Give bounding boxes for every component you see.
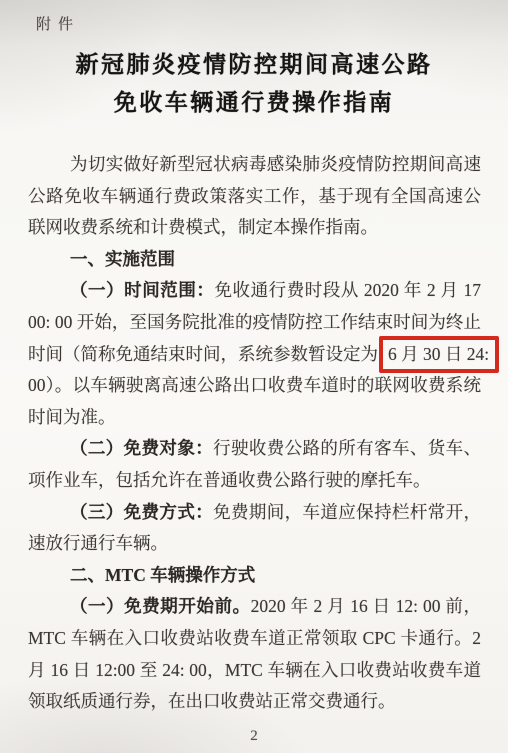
text-segment: 为切实做好新型冠状病毒感染肺炎疫情防控期间高速: [70, 154, 481, 174]
document-line: （一）时间范围：免收通行费时段从 2020 年 2 月 17 日: [28, 275, 481, 307]
text-segment: 00）。以车辆驶离高速公路出口收费车道时的联网收费系统: [28, 375, 481, 395]
document-line: 00）。以车辆驶离高速公路出口收费车道时的联网收费系统: [28, 370, 481, 402]
title-line-2: 免收车辆通行费操作指南: [0, 84, 508, 122]
document-line: （一）免费期开始前。2020 年 2 月 16 日 12: 00 前，: [28, 591, 481, 623]
text-segment: 公路免收车辆通行费政策落实工作，基于现有全国高速公路: [28, 186, 481, 213]
text-segment: 速放行通行车辆。: [28, 533, 168, 553]
text-segment: 2020 年 2 月 16 日 12: 00 前，: [251, 596, 481, 616]
text-segment: 月 16 日 12:00 至 24: 00，MTC 车辆在入口收费站收费车道: [28, 660, 481, 680]
text-segment: MTC 车辆在入口收费站收费车道正常领取 CPC 卡通行。2: [28, 628, 481, 648]
text-segment: （一）时间范围：: [70, 280, 214, 300]
page-number: 2: [0, 728, 508, 745]
highlight-box: 6 月 30 日 24:: [379, 336, 499, 373]
title-line-1: 新冠肺炎疫情防控期间高速公路: [0, 46, 508, 84]
document-line: 公路免收车辆通行费政策落实工作，基于现有全国高速公路: [28, 181, 481, 213]
text-segment: 时间（简称免通结束时间，系统参数暂设定为: [28, 344, 378, 364]
document-line: 为切实做好新型冠状病毒感染肺炎疫情防控期间高速: [28, 149, 481, 181]
document-line: （二）免费对象：行驶收费公路的所有客车、货车、专: [28, 433, 481, 465]
attachment-label: 附件: [36, 13, 80, 34]
text-segment: 00: 00 开始，至国务院批准的疫情防控工作结束时间为终止: [28, 312, 481, 332]
document-title: 新冠肺炎疫情防控期间高速公路 免收车辆通行费操作指南: [0, 46, 508, 122]
document-line: 00: 00 开始，至国务院批准的疫情防控工作结束时间为终止: [28, 307, 481, 339]
body-content: 为切实做好新型冠状病毒感染肺炎疫情防控期间高速公路免收车辆通行费政策落实工作，基…: [28, 149, 481, 718]
document-page: 附件 新冠肺炎疫情防控期间高速公路 免收车辆通行费操作指南 为切实做好新型冠状病…: [0, 0, 508, 753]
document-line: 一、实施范围: [28, 244, 481, 276]
text-segment: 联网收费系统和计费模式，制定本操作指南。: [28, 217, 378, 237]
document-line: 月 16 日 12:00 至 24: 00，MTC 车辆在入口收费站收费车道: [28, 655, 481, 687]
document-line: MTC 车辆在入口收费站收费车道正常领取 CPC 卡通行。2: [28, 623, 481, 655]
document-line: 联网收费系统和计费模式，制定本操作指南。: [28, 212, 481, 244]
text-segment: （一）免费期开始前。: [70, 596, 251, 616]
text-segment: （三）免费方式：: [70, 502, 213, 522]
text-segment: 二、MTC 车辆操作方式: [70, 565, 255, 585]
text-segment: 时间为准。: [28, 407, 116, 427]
text-segment: 一、实施范围: [70, 249, 175, 269]
text-segment: 项作业车，包括允许在普通收费公路行驶的摩托车。: [28, 470, 431, 490]
text-segment: 领取纸质通行券，在出口收费站正常交费通行。: [28, 691, 396, 711]
document-line: 项作业车，包括允许在普通收费公路行驶的摩托车。: [28, 465, 481, 497]
document-line: 速放行通行车辆。: [28, 528, 481, 560]
document-line: 二、MTC 车辆操作方式: [28, 560, 481, 592]
text-segment: （二）免费对象：: [70, 438, 213, 458]
document-line: 时间（简称免通结束时间，系统参数暂设定为6 月 30 日 24:: [28, 339, 481, 371]
document-line: 时间为准。: [28, 402, 481, 434]
document-line: 领取纸质通行券，在出口收费站正常交费通行。: [28, 686, 481, 718]
document-line: （三）免费方式：免费期间，车道应保持栏杆常开，快: [28, 497, 481, 529]
